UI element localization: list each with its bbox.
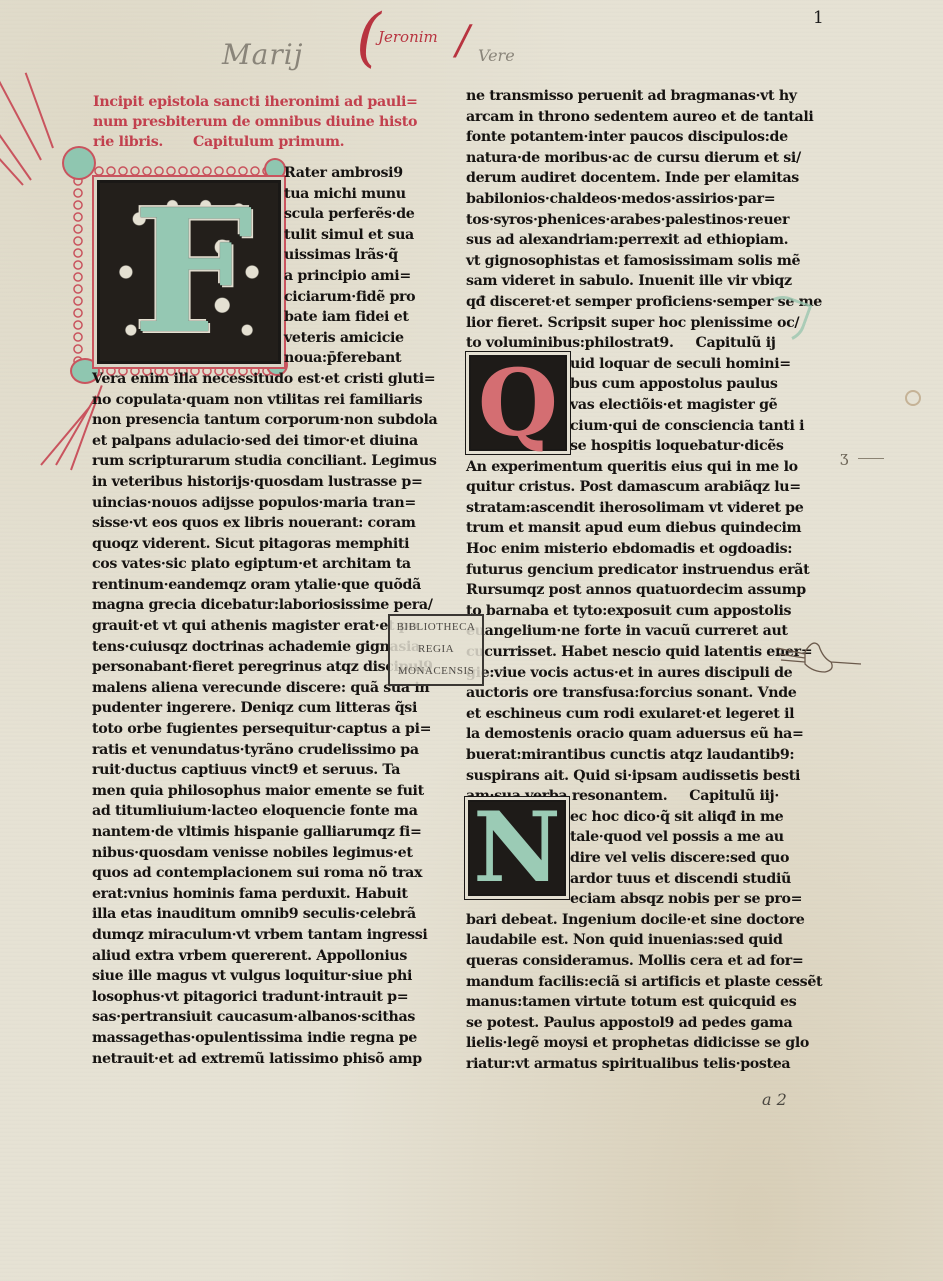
text-line: netrauit·et ad extremũ latissimo phisõ a… bbox=[92, 1049, 477, 1070]
stamp-line: BIBLIOTHECA bbox=[390, 616, 482, 638]
text-line: ruit·ductus captiuus vinct9 et seruus. T… bbox=[92, 760, 477, 781]
text-line: no copulata·quam non vtilitas rei famili… bbox=[92, 390, 477, 411]
text-line: sas·pertransiuit caucasum·albanos·scitha… bbox=[92, 1007, 477, 1028]
manuscript-note-red-word: Jeronim bbox=[378, 28, 438, 46]
text-line: tos·syros·phenices·arabes·palestinos·reu… bbox=[466, 210, 771, 231]
marginal-mark-icon: ʒ bbox=[840, 448, 848, 466]
marginal-line bbox=[858, 458, 884, 459]
text-line: auctoris ore transfusa:forcius sonant. V… bbox=[466, 683, 771, 704]
rubric-line: rie libris.Capitulum primum. bbox=[93, 132, 438, 152]
text-line: aliud extra vrbem quererent. Appollonius bbox=[92, 946, 477, 967]
text-line: tua michi munu bbox=[92, 184, 477, 205]
stamp-line: MONACENSIS bbox=[390, 660, 482, 682]
manuscript-note-red: ( Jeronim / bbox=[356, 6, 476, 76]
text-line: ad titumliuium·lacteo eloquencie fonte m… bbox=[92, 801, 477, 822]
text-line: in veteribus historijs·quosdam lustrasse… bbox=[92, 472, 477, 493]
text-line: Hoc enim misterio ebdomadis et ogdoadis: bbox=[466, 539, 771, 560]
manuscript-note-faint-right: Vere bbox=[478, 46, 515, 65]
text-line: bate iam fidei et bbox=[92, 307, 477, 328]
text-line: manus:tamen virtute totum est quicquid e… bbox=[466, 992, 771, 1013]
text-line: cos vates·sic plato egiptum·et architam … bbox=[92, 554, 477, 575]
text-line: quitur cristus. Post damascum arabiãqz l… bbox=[466, 477, 771, 498]
text-line: illa etas inauditum omnib9 seculis·celeb… bbox=[92, 904, 477, 925]
text-line: massagethas·opulentissima indie regna pe bbox=[92, 1028, 477, 1049]
text-line: rum scripturarum studia conciliant. Legi… bbox=[92, 451, 477, 472]
decorated-initial-q: Q bbox=[469, 355, 567, 451]
text-line: tulit simul et sua bbox=[92, 225, 477, 246]
text-line: sus ad alexandriam:perrexit ad ethiopiam… bbox=[466, 230, 771, 251]
text-line: laudabile est. Non quid inuenias:sed qui… bbox=[466, 930, 771, 951]
text-line: derum audiret docentem. Inde per elamita… bbox=[466, 168, 771, 189]
text-line: bari debeat. Ingenium docile·et sine doc… bbox=[466, 910, 771, 931]
text-line: et eschineus cum rodi exularet·et legere… bbox=[466, 704, 771, 725]
text-line: se potest. Paulus appostol9 ad pedes gam… bbox=[466, 1013, 771, 1034]
red-spray-decoration bbox=[0, 80, 42, 160]
chain-border-decoration bbox=[72, 175, 84, 365]
text-line: uincias·nouos adijsse populos·maria tran… bbox=[92, 493, 477, 514]
text-line: quoqz viderent. Sicut pitagoras memphiti bbox=[92, 534, 477, 555]
text-line: magna grecia dicebatur:laboriosissime pe… bbox=[92, 595, 477, 616]
text-line: queras consideramus. Mollis cera et ad f… bbox=[466, 951, 771, 972]
text-line: suspirans ait. Quid si·ipsam audissetis … bbox=[466, 766, 771, 787]
text-line: futurus gencium predicator instruendus e… bbox=[466, 560, 771, 581]
rubric-line-text: rie libris. bbox=[93, 134, 163, 150]
text-line: cucurrisset. Habet nescio quid latentis … bbox=[466, 642, 771, 663]
page: 1 Marij ( Jeronim / Vere Incipit epistol… bbox=[0, 0, 943, 1281]
text-line: stratam:ascendit iherosolimam vt videret… bbox=[466, 498, 771, 519]
text-line: Vera enim illa necessitudo est·et cristi… bbox=[92, 369, 477, 390]
signature-mark: a 2 bbox=[762, 1090, 787, 1109]
text-line: sam videret in sabulo. Inuenit ille vir … bbox=[466, 271, 771, 292]
rubric-line: Incipit epistola sancti iheronimi ad pau… bbox=[93, 92, 438, 112]
text-line: ne transmisso peruenit ad bragmanas·vt h… bbox=[466, 86, 771, 107]
chapter-heading: Capitulum primum. bbox=[193, 134, 344, 150]
text-line: nibus·quosdam venisse nobiles legimus·et bbox=[92, 843, 477, 864]
text-line: ciciarum·fidẽ pro bbox=[92, 287, 477, 308]
library-stamp: BIBLIOTHECA REGIA MONACENSIS bbox=[388, 614, 484, 686]
chapter-heading: Capitulũ iij· bbox=[689, 788, 779, 804]
text-line: non presencia tantum corporum·non subdol… bbox=[92, 410, 477, 431]
text-line: babilonios·chaldeos·medos·assirios·par= bbox=[466, 189, 771, 210]
text-line: riatur:vt armatus spiritualibus telis·po… bbox=[466, 1054, 771, 1075]
text-line: men quia philosophus maior emente se fui… bbox=[92, 781, 477, 802]
stamp-line: REGIA bbox=[390, 638, 482, 660]
text-line: siue ille magus vt vulgus loquitur·siue … bbox=[92, 966, 477, 987]
text-line: sisse·vt eos quos ex libris nouerant: co… bbox=[92, 513, 477, 534]
chapter-heading: Capitulũ ij bbox=[696, 335, 776, 351]
text-line: pudenter ingerere. Deniqz cum litteras q… bbox=[92, 698, 477, 719]
red-flourish-icon: / bbox=[456, 18, 469, 64]
initial-letter: N bbox=[470, 802, 564, 894]
text-line: dumqz miraculum·vt vrbem tantam ingressi bbox=[92, 925, 477, 946]
teal-blob-decoration bbox=[64, 148, 94, 178]
text-line: Rursumqz post annos quatuordecim assump bbox=[466, 580, 771, 601]
text-line: la demostenis oracio quam aduersus eũ ha… bbox=[466, 724, 771, 745]
rubric-heading: Incipit epistola sancti iheronimi ad pau… bbox=[93, 92, 438, 152]
text-line: lior fieret. Scripsit super hoc plenissi… bbox=[466, 313, 771, 334]
text-line: losophus·vt pitagorici tradunt·intrauit … bbox=[92, 987, 477, 1008]
right-text-column: ne transmisso peruenit ad bragmanas·vt h… bbox=[466, 86, 771, 1075]
text-line: gie:viue vocis actus·et in aures discipu… bbox=[466, 663, 771, 684]
text-line: noua:p̄ferebant bbox=[92, 348, 477, 369]
text-line: to barnaba et tyto:exposuit cum appostol… bbox=[466, 601, 771, 622]
text-line: nantem·de vltimis hispanie galliarumqz f… bbox=[92, 822, 477, 843]
text-line: euangelium·ne forte in vacuũ curreret au… bbox=[466, 621, 771, 642]
text-line: An experimentum queritis eius qui in me … bbox=[466, 457, 771, 478]
text-line: et palpans adulacio·sed dei timor·et diu… bbox=[92, 431, 477, 452]
initial-letter: Q bbox=[471, 357, 565, 449]
text-line: fonte potantem·inter paucos discipulos:d… bbox=[466, 127, 771, 148]
text-line: toto orbe fugientes persequitur·captus a… bbox=[92, 719, 477, 740]
text-line: buerat:mirantibus cunctis atqz laudantib… bbox=[466, 745, 771, 766]
text-line: scula perferẽs·de bbox=[92, 204, 477, 225]
text-line: vt gignosophistas et famosissimam solis … bbox=[466, 251, 771, 272]
folio-number: 1 bbox=[813, 8, 824, 28]
text-line: rentinum·eandemqz oram ytalie·que quõdã bbox=[92, 575, 477, 596]
text-line: Rater ambrosi9 bbox=[92, 163, 477, 184]
manuscript-note-faint: Marij bbox=[222, 38, 303, 71]
decorated-initial-n: N bbox=[468, 800, 566, 896]
text-line: uissimas lrãs·q̃ bbox=[92, 245, 477, 266]
rubric-line: num presbiterum de omnibus diuine histo bbox=[93, 112, 438, 132]
text-line: natura·de moribus·ac de cursu dierum et … bbox=[466, 148, 771, 169]
text-line: erat:vnius hominis fama perduxit. Habuit bbox=[92, 884, 477, 905]
text-line: ratis et venundatus·tyrãno crudelissimo … bbox=[92, 740, 477, 761]
text-line: veteris amicicie bbox=[92, 328, 477, 349]
text-line: quos ad contemplacionem sui roma nõ trax bbox=[92, 863, 477, 884]
text-line: mandum facilis:eciã si artificis et plas… bbox=[466, 972, 771, 993]
text-line: a principio ami= bbox=[92, 266, 477, 287]
paper-stain bbox=[905, 390, 921, 406]
text-line: qđ disceret·et semper proficiens·semper … bbox=[466, 292, 771, 313]
text-line: trum et mansit apud eum diebus quindecim bbox=[466, 518, 771, 539]
text-line: lielis·legẽ moysi et prophetas didicisse… bbox=[466, 1033, 771, 1054]
text-line: arcam in throno sedentem aureo et de tan… bbox=[466, 107, 771, 128]
manicule-pointing-hand-icon bbox=[775, 638, 865, 678]
